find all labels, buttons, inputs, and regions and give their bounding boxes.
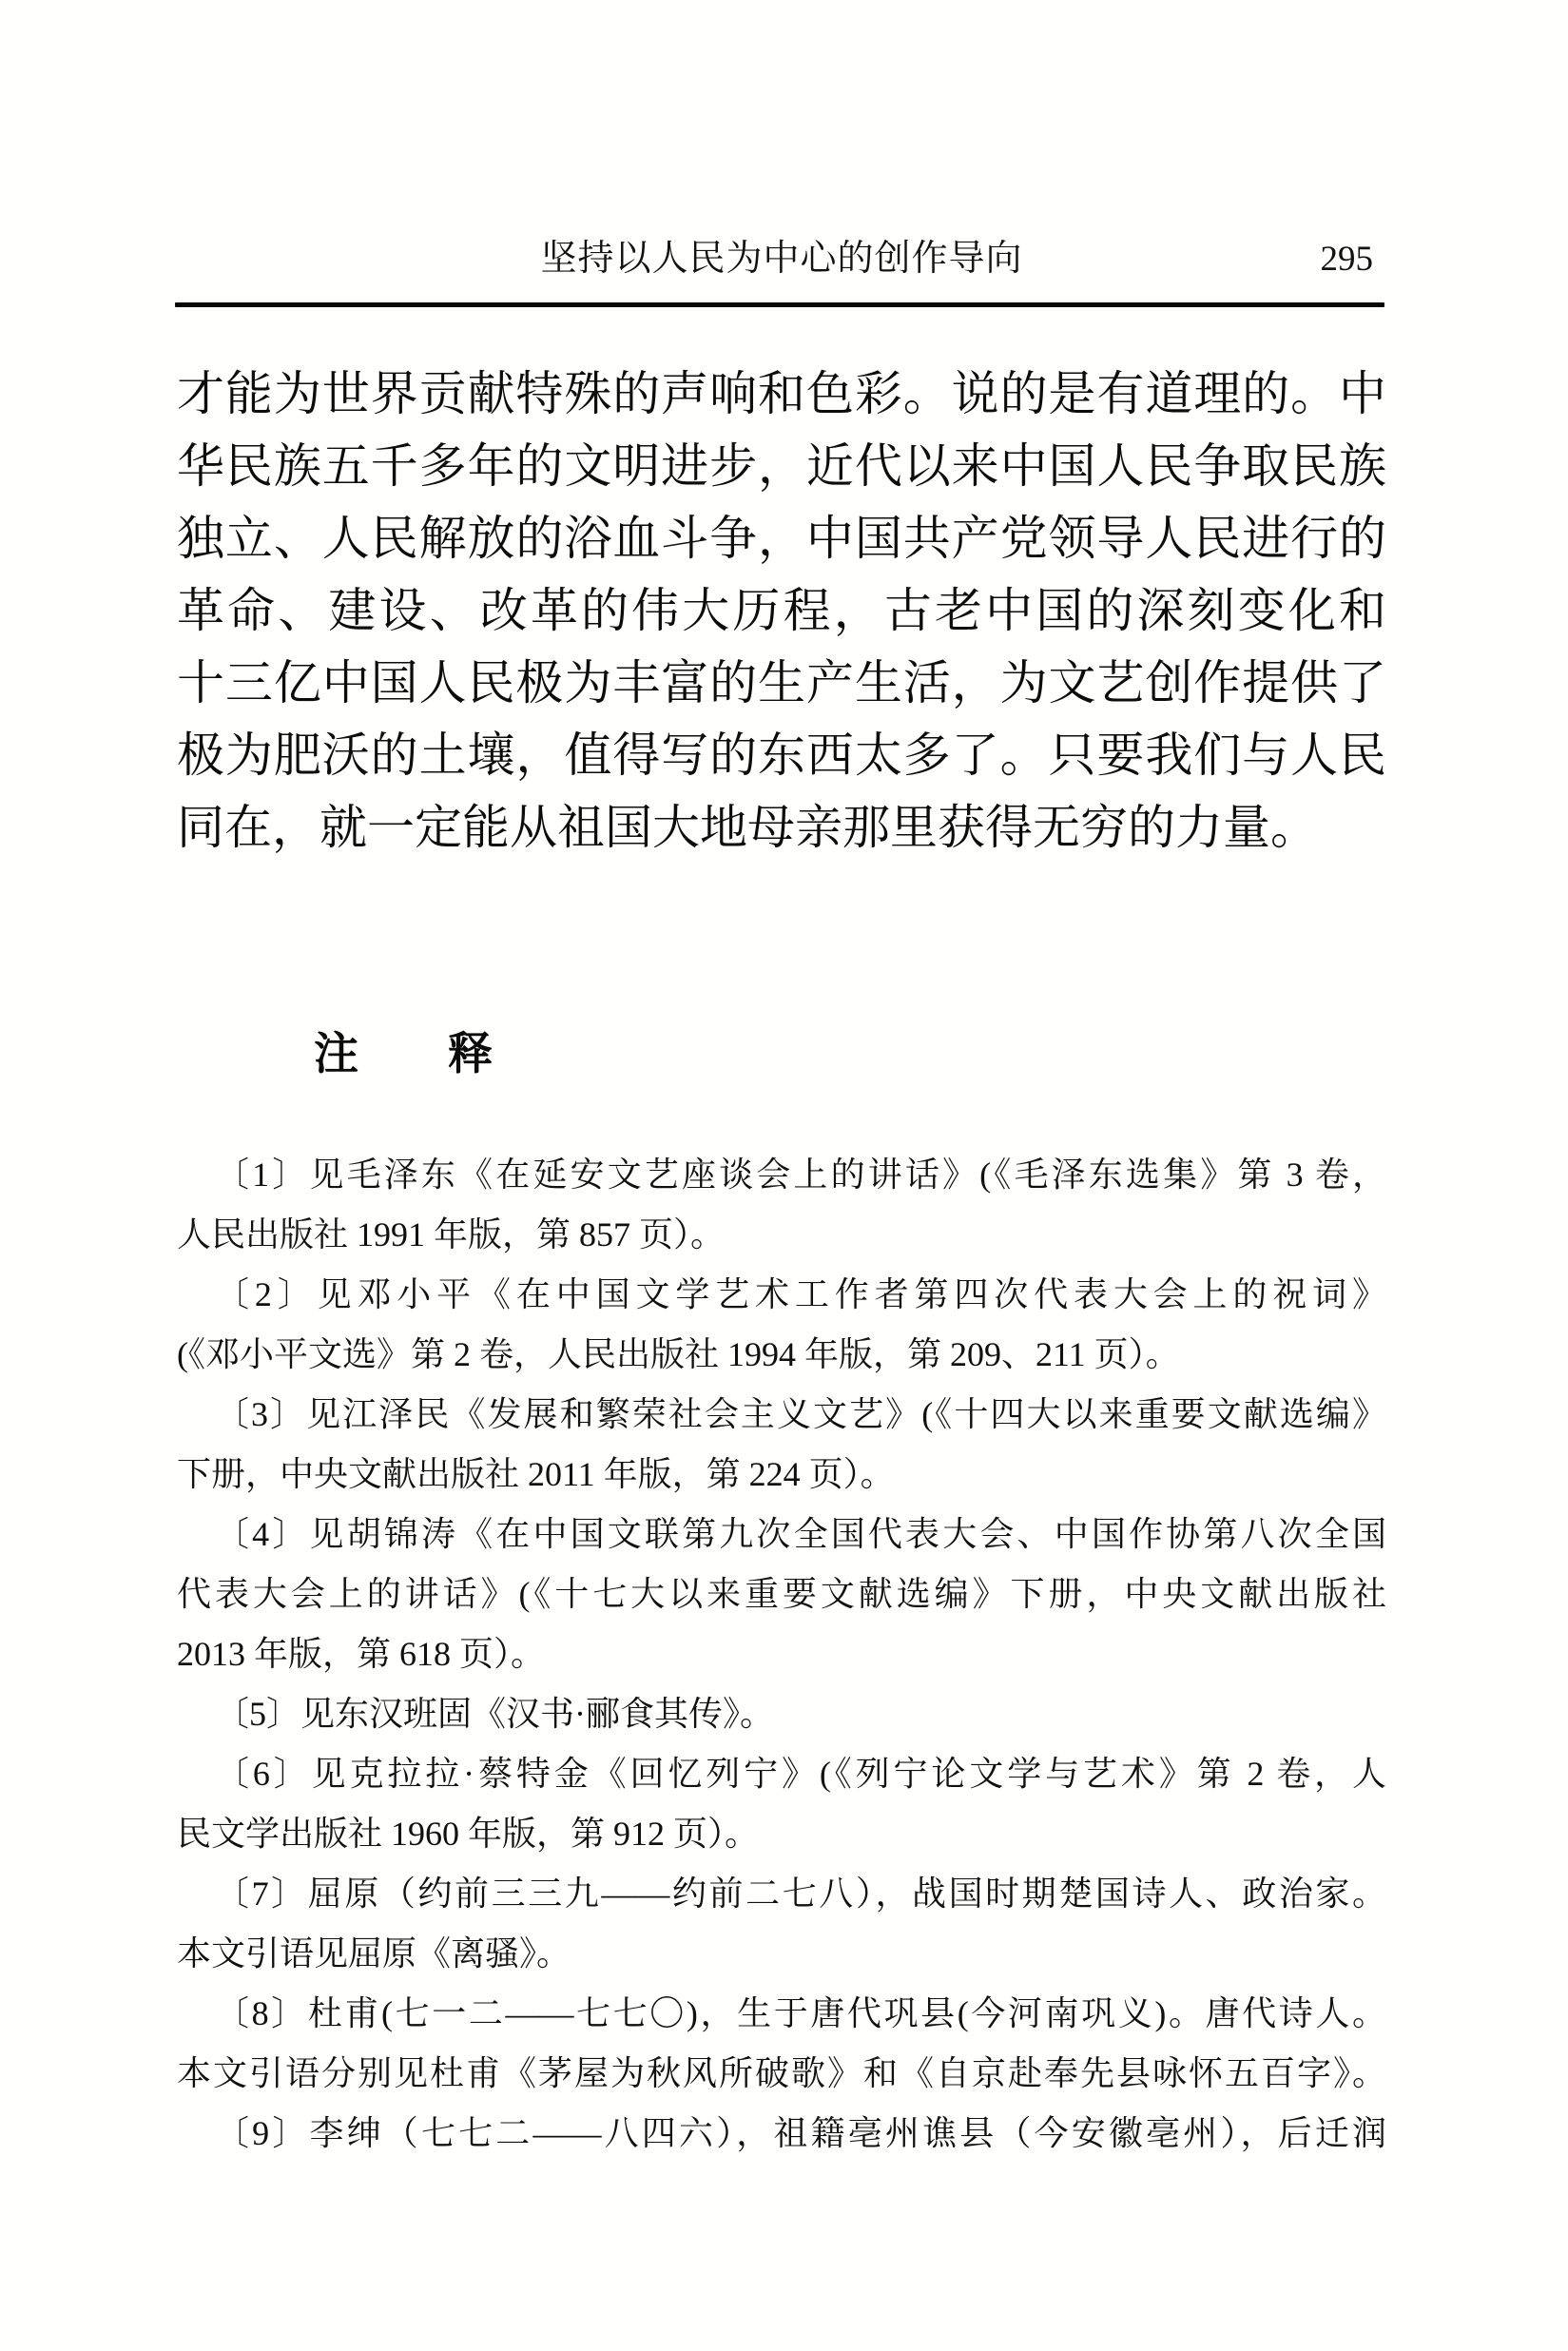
main-paragraph: 才能为世界贡献特殊的声响和色彩。说的是有道理的。中 华民族五千多年的文明进步，近… [177, 358, 1386, 864]
paragraph-line: 独立、人民解放的浴血斗争，中国共产党领导人民进行的 [177, 502, 1386, 574]
note-line: 本文引语见屈原《离骚》。 [177, 1924, 1386, 1984]
note-item: 〔7〕屈原（约前三三九——约前二七八），战国时期楚国诗人、政治家。 本文引语见屈… [177, 1864, 1386, 1984]
note-line: 〔9〕李绅（七七二——八四六），祖籍亳州谯县（今安徽亳州），后迁润 [177, 2104, 1386, 2164]
note-line: 〔5〕见东汉班固《汉书·郦食其传》。 [177, 1684, 1386, 1744]
paragraph-line: 革命、建设、改革的伟大历程，古老中国的深刻变化和 [177, 574, 1386, 647]
note-line: 2013 年版，第 618 页）。 [177, 1624, 1386, 1684]
note-line: 〔4〕见胡锦涛《在中国文联第九次全国代表大会、中国作协第八次全国 [177, 1505, 1386, 1564]
note-item: 〔8〕杜甫(七一二——七七〇)，生于唐代巩县(今河南巩义)。唐代诗人。 本文引语… [177, 1984, 1386, 2104]
paragraph-line: 十三亿中国人民极为丰富的生产生活，为文艺创作提供了 [177, 647, 1386, 719]
paragraph-line: 同在，就一定能从祖国大地母亲那里获得无穷的力量。 [177, 791, 1386, 864]
note-line: 〔1〕见毛泽东《在延安文艺座谈会上的讲话》(《毛泽东选集》第 3 卷， [177, 1145, 1386, 1205]
note-line: 〔7〕屈原（约前三三九——约前二七八），战国时期楚国诗人、政治家。 [177, 1864, 1386, 1924]
paragraph-line: 华民族五千多年的文明进步，近代以来中国人民争取民族 [177, 430, 1386, 502]
page-number: 295 [1321, 240, 1374, 280]
note-item: 〔1〕见毛泽东《在延安文艺座谈会上的讲话》(《毛泽东选集》第 3 卷， 人民出版… [177, 1145, 1386, 1265]
paragraph-line: 才能为世界贡献特殊的声响和色彩。说的是有道理的。中 [177, 358, 1386, 430]
note-line: 本文引语分别见杜甫《茅屋为秋风所破歌》和《自京赴奉先县咏怀五百字》。 [177, 2044, 1386, 2104]
note-line: 〔3〕见江泽民《发展和繁荣社会主义文艺》(《十四大以来重要文献选编》 [177, 1385, 1386, 1445]
chapter-title: 坚持以人民为中心的创作导向 [179, 238, 1384, 280]
note-line: 民文学出版社 1960 年版，第 912 页）。 [177, 1804, 1386, 1864]
note-line: 〔2〕见邓小平《在中国文学艺术工作者第四次代表大会上的祝词》 [177, 1265, 1386, 1325]
note-item: 〔6〕见克拉拉·蔡特金《回忆列宁》(《列宁论文学与艺术》第 2 卷，人 民文学出… [177, 1744, 1386, 1864]
note-line: 人民出版社 1991 年版，第 857 页）。 [177, 1205, 1386, 1265]
note-item: 〔2〕见邓小平《在中国文学艺术工作者第四次代表大会上的祝词》 (《邓小平文选》第… [177, 1265, 1386, 1385]
note-line: 代表大会上的讲话》(《十七大以来重要文献选编》下册，中央文献出版社 [177, 1564, 1386, 1624]
note-line: 〔8〕杜甫(七一二——七七〇)，生于唐代巩县(今河南巩义)。唐代诗人。 [177, 1984, 1386, 2044]
notes-heading: 注 释 [314, 1025, 493, 1082]
note-item: 〔9〕李绅（七七二——八四六），祖籍亳州谯县（今安徽亳州），后迁润 [177, 2104, 1386, 2164]
notes-section: 〔1〕见毛泽东《在延安文艺座谈会上的讲话》(《毛泽东选集》第 3 卷， 人民出版… [177, 1145, 1386, 2164]
note-line: 下册，中央文献出版社 2011 年版，第 224 页）。 [177, 1445, 1386, 1505]
header-rule [175, 302, 1384, 307]
note-item: 〔3〕见江泽民《发展和繁荣社会主义文艺》(《十四大以来重要文献选编》 下册，中央… [177, 1385, 1386, 1505]
note-line: (《邓小平文选》第 2 卷，人民出版社 1994 年版，第 209、211 页）… [177, 1325, 1386, 1385]
note-item: 〔5〕见东汉班固《汉书·郦食其传》。 [177, 1684, 1386, 1744]
book-page: 坚持以人民为中心的创作导向 295 才能为世界贡献特殊的声响和色彩。说的是有道理… [0, 0, 1568, 2351]
note-item: 〔4〕见胡锦涛《在中国文联第九次全国代表大会、中国作协第八次全国 代表大会上的讲… [177, 1505, 1386, 1684]
note-line: 〔6〕见克拉拉·蔡特金《回忆列宁》(《列宁论文学与艺术》第 2 卷，人 [177, 1744, 1386, 1804]
paragraph-line: 极为肥沃的土壤，值得写的东西太多了。只要我们与人民 [177, 719, 1386, 791]
